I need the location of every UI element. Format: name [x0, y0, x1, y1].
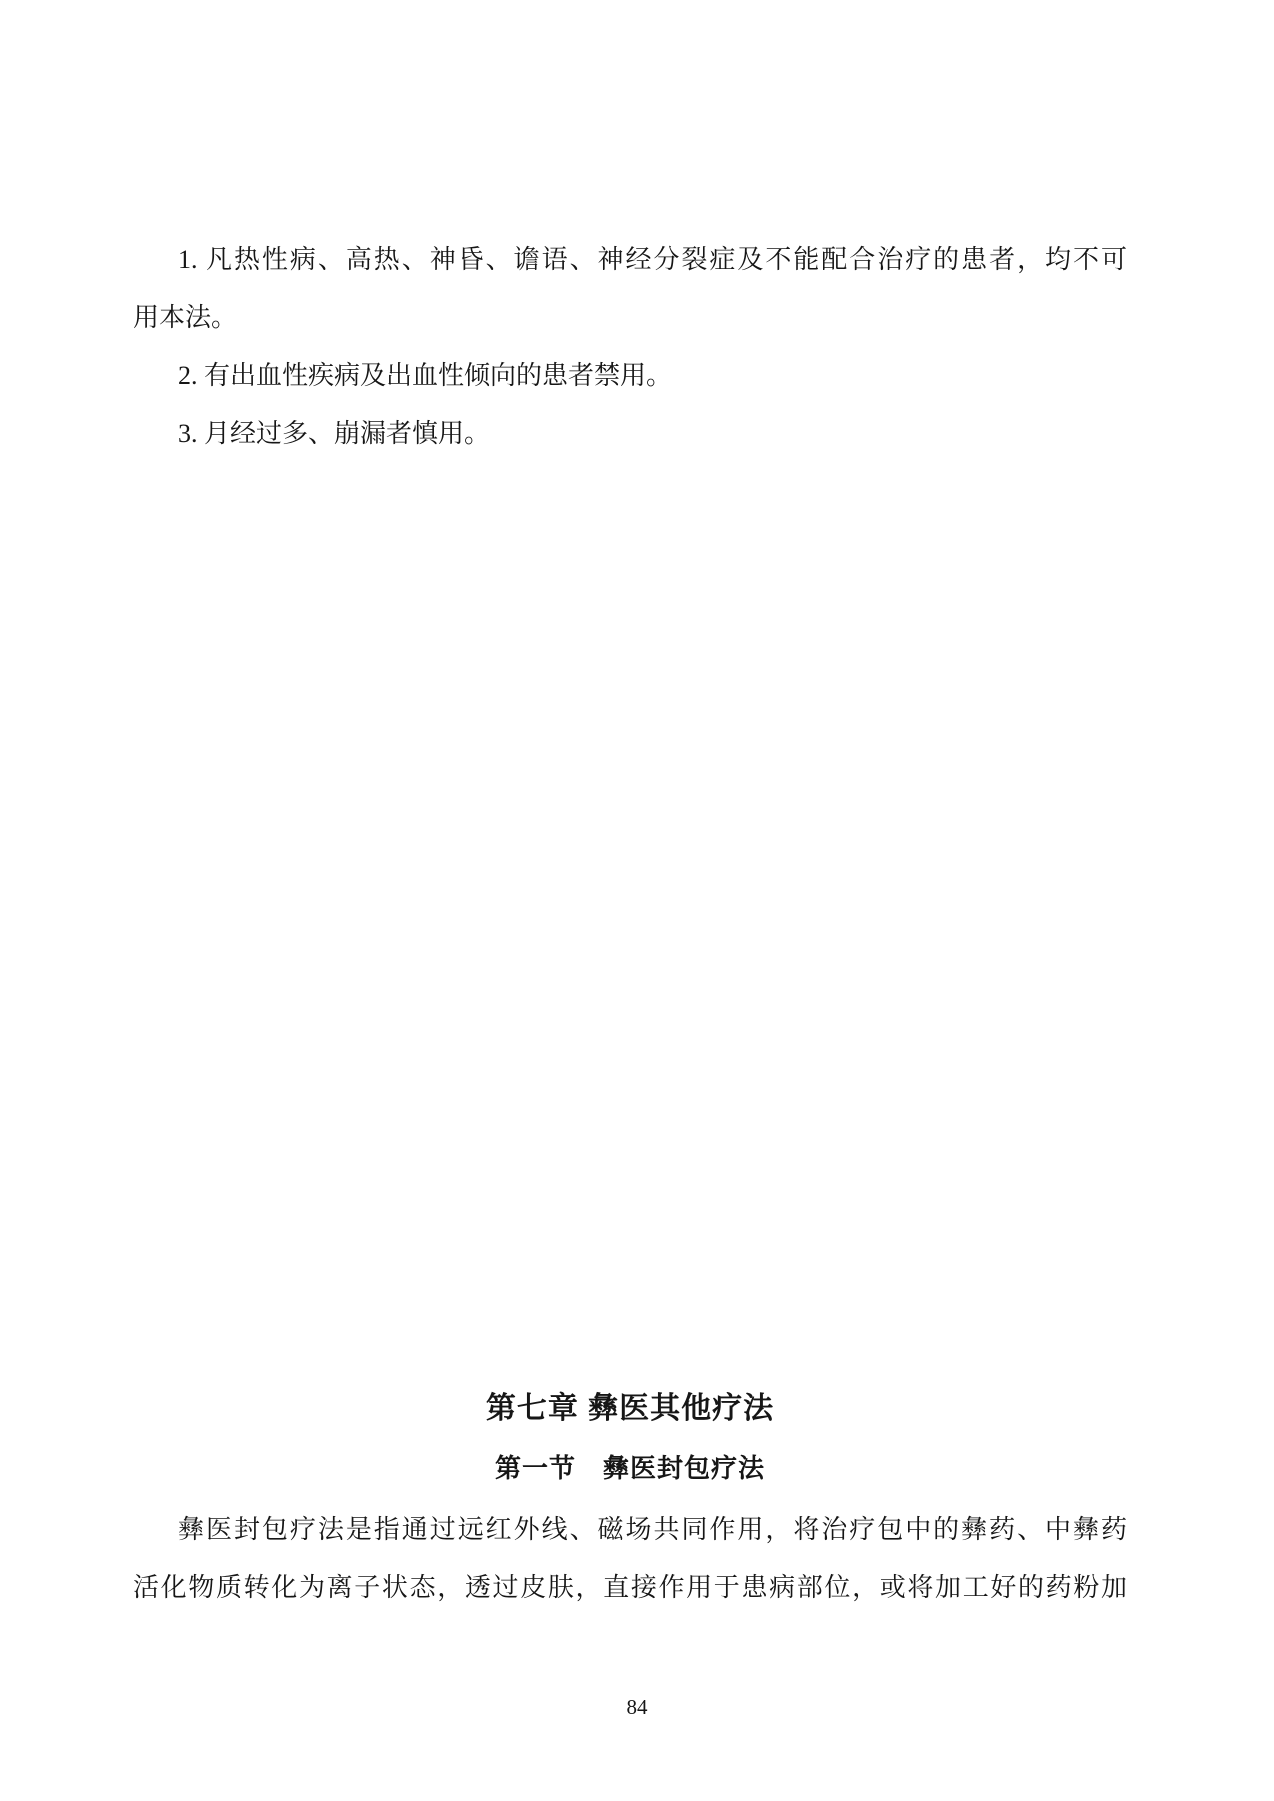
document-page: 1. 凡热性病、高热、神昏、谵语、神经分裂症及不能配合治疗的患者，均不可 用本法… [0, 0, 1274, 1801]
chapter-title: 第七章 彝医其他疗法 [133, 1386, 1127, 1432]
page-number: 84 [0, 1692, 1274, 1722]
contraindication-item-1-line-1: 1. 凡热性病、高热、神昏、谵语、神经分裂症及不能配合治疗的患者，均不可 [133, 231, 1127, 289]
intro-paragraph-line-1: 彝医封包疗法是指通过远红外线、磁场共同作用，将治疗包中的彝药、中彝药 [133, 1501, 1127, 1559]
intro-paragraph-line-2: 活化物质转化为离子状态，透过皮肤，直接作用于患病部位，或将加工好的药粉加 [133, 1559, 1127, 1617]
contraindication-item-2: 2. 有出血性疾病及出血性倾向的患者禁用。 [133, 347, 1127, 405]
section-title: 第一节 彝医封包疗法 [133, 1448, 1127, 1488]
intro-paragraph: 彝医封包疗法是指通过远红外线、磁场共同作用，将治疗包中的彝药、中彝药 活化物质转… [133, 1501, 1127, 1617]
page-content: 1. 凡热性病、高热、神昏、谵语、神经分裂症及不能配合治疗的患者，均不可 用本法… [0, 0, 1274, 1617]
contraindication-item-3: 3. 月经过多、崩漏者慎用。 [133, 405, 1127, 463]
contraindication-item-1-line-2: 用本法。 [133, 289, 1127, 347]
